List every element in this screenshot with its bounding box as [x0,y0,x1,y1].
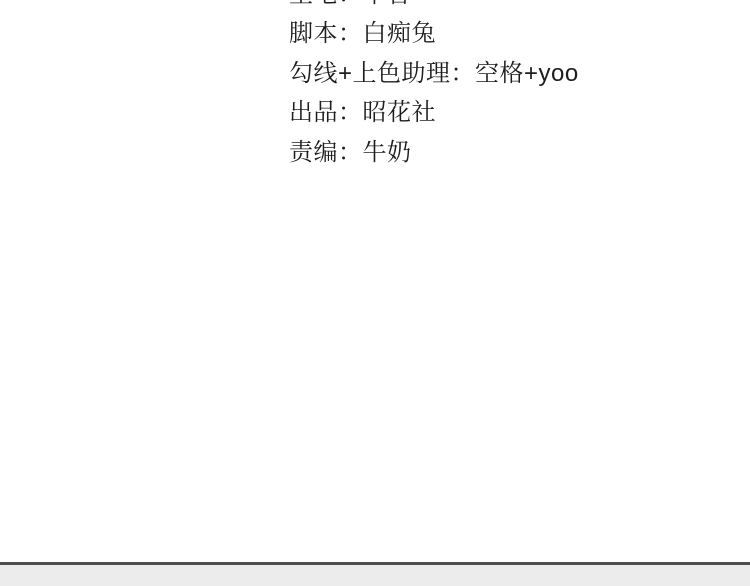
credit-line-lead-artist-clipped: 主笔：半音 [289,0,579,14]
next-panel-edge [0,565,750,586]
credits-block: 主笔：半音 脚本：白痴兔 勾线+上色助理：空格+yoo 出品：昭花社 责编：牛奶 [289,0,579,172]
credit-line-editor: 责编：牛奶 [289,133,579,172]
credit-line-producer: 出品：昭花社 [289,93,579,132]
comic-credits-page: 主笔：半音 脚本：白痴兔 勾线+上色助理：空格+yoo 出品：昭花社 责编：牛奶 [0,0,750,586]
credit-line-lineart-color-assistant: 勾线+上色助理：空格+yoo [289,54,579,93]
credit-line-script: 脚本：白痴兔 [289,14,579,53]
